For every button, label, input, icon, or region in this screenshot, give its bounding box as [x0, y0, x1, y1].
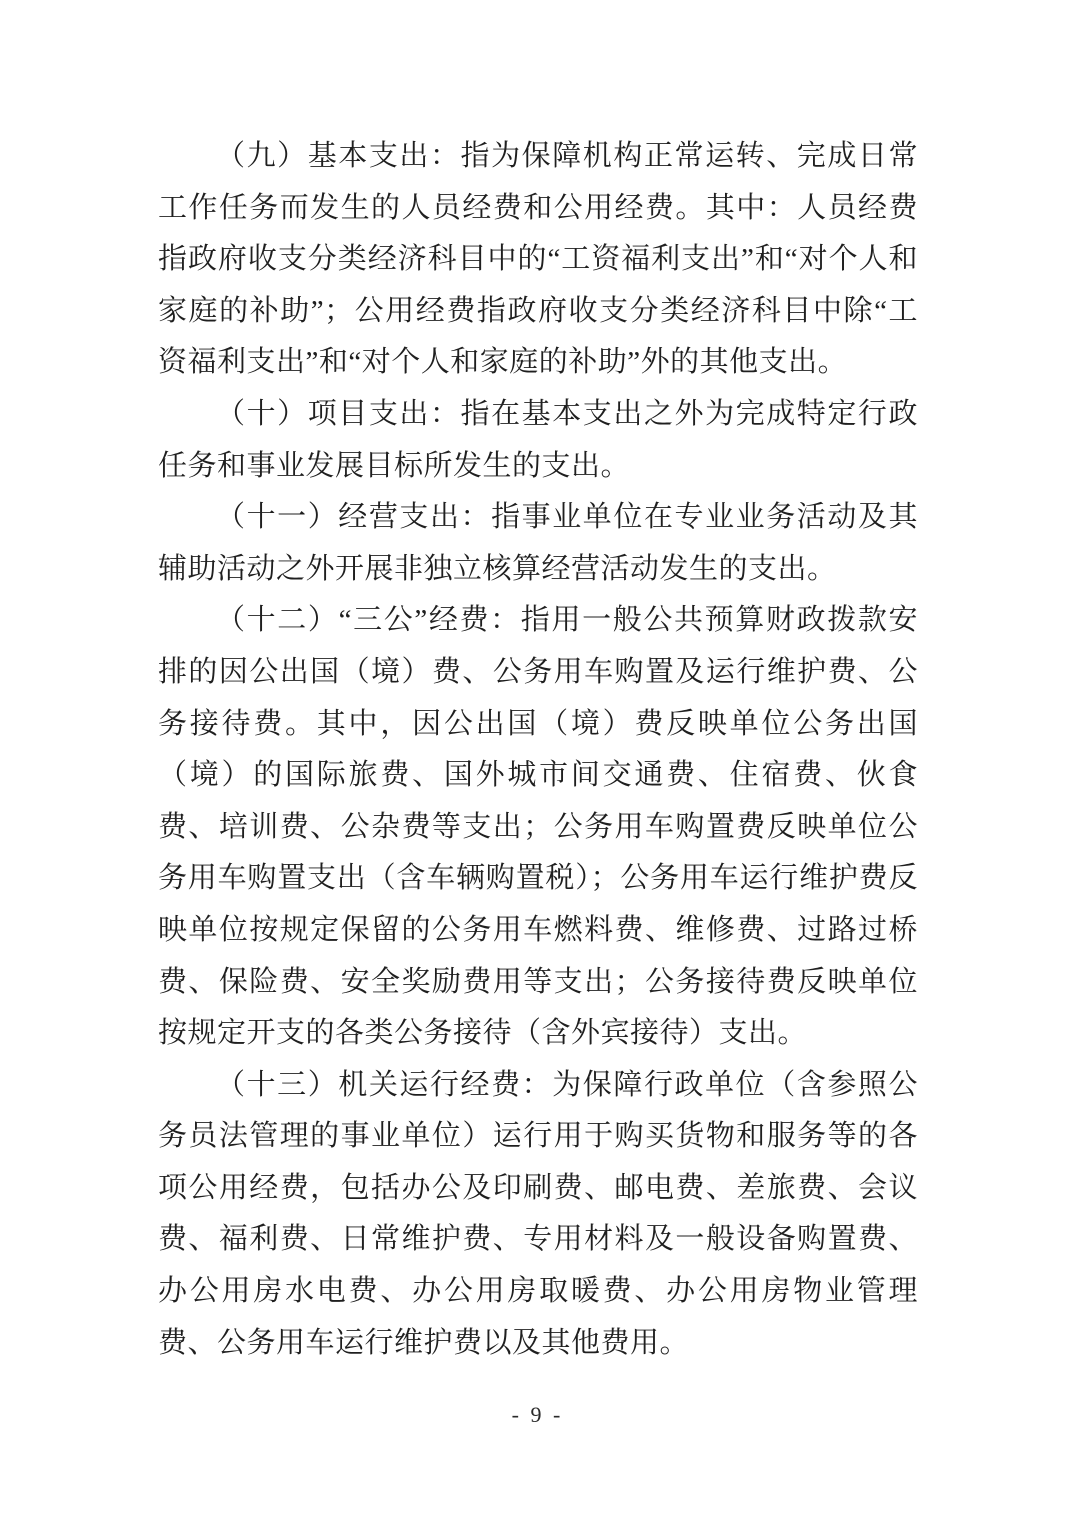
page-number: - 9 - [0, 1402, 1075, 1428]
paragraph-10-project-expenditure: （十）项目支出：指在基本支出之外为完成特定行政任务和事业发展目标所发生的支出。 [158, 389, 918, 492]
paragraph-13-agency-operating-funds: （十三）机关运行经费：为保障行政单位（含参照公务员法管理的事业单位）运行用于购买… [158, 1060, 918, 1370]
document-body: （九）基本支出：指为保障机构正常运转、完成日常工作任务而发生的人员经费和公用经费… [158, 131, 918, 1369]
document-page: （九）基本支出：指为保障机构正常运转、完成日常工作任务而发生的人员经费和公用经费… [0, 0, 1075, 1520]
paragraph-11-operating-expenditure: （十一）经营支出：指事业单位在专业业务活动及其辅助活动之外开展非独立核算经营活动… [158, 492, 918, 595]
paragraph-12-three-public-funds: （十二）“三公”经费：指用一般公共预算财政拨款安排的因公出国（境）费、公务用车购… [158, 595, 918, 1059]
paragraph-9-basic-expenditure: （九）基本支出：指为保障机构正常运转、完成日常工作任务而发生的人员经费和公用经费… [158, 131, 918, 389]
